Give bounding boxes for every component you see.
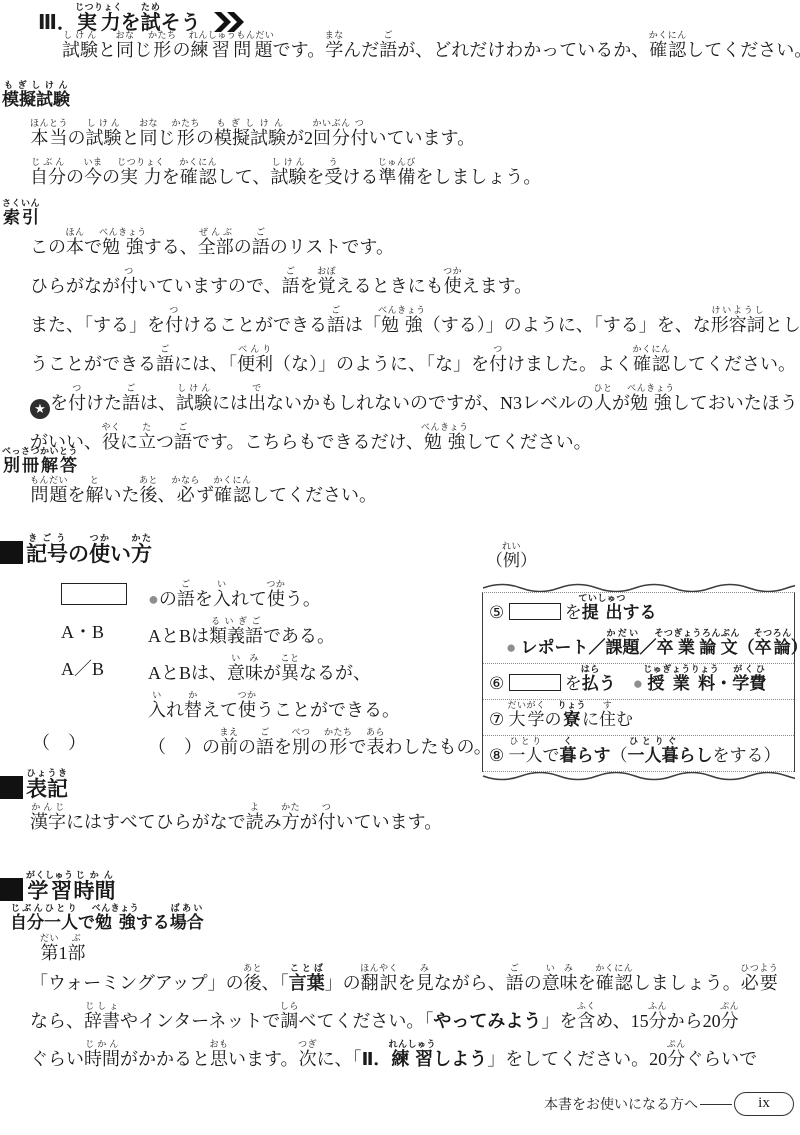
symbol-legend: ●の語ごを入いれて使つかう。 A・B AとBは類義語るいぎごである。 A／B A…	[30, 579, 492, 764]
page-number-badge: ix	[734, 1092, 794, 1116]
example-rows: ⑤ を提出ていしゅつする ● レポート／課題かだい／卒業論文そつぎょうろんぶん（…	[482, 592, 795, 772]
double-chevron-icon	[214, 12, 245, 32]
legend-row: ●の語ごを入いれて使つかう。	[30, 579, 492, 616]
example-line: ● レポート／課題かだい／卒業論文そつぎょうろんぶん（卒論そつろん）	[489, 628, 788, 663]
section-marker-icon	[0, 541, 23, 564]
legend-row: A・B AとBは類義語るいぎごである。	[30, 616, 492, 653]
section-heading-gakushuu-text: 学習がくしゅう時間じかん	[26, 880, 116, 903]
legend-symbol: A／B	[30, 653, 148, 727]
footer: 本書をお使いになる方へ ix	[544, 1092, 794, 1116]
section-heading-kigou-text: 記号きごうの使つかい方かた	[26, 543, 152, 566]
text-line: がいい、役やくに立たつ語ごです。こちらもできるだけ、勉強べんきょうしてください。	[30, 422, 800, 461]
blank-word-box	[509, 603, 561, 620]
text-line: ★を付つけた語ごは、試験しけんには出でないかもしれないのですが、N3レベルの人ひ…	[30, 383, 800, 422]
example-box: ⑤ を提出ていしゅつする ● レポート／課題かだい／卒業論文そつぎょうろんぶん（…	[482, 580, 795, 784]
example-line: ⑥ を払はらう ● 授業料じゅぎょうりょう・学費がくひ	[489, 664, 788, 699]
legend-symbol: （ ）	[30, 727, 148, 764]
text-line: 問題もんだいを解といた後あと、必かならず確認かくにんしてください。	[30, 475, 377, 514]
example-row: ⑥ を払はらう ● 授業料じゅぎょうりょう・学費がくひ	[483, 664, 794, 700]
page: Ⅲ．実力じつりょくを試ためそう 試験しけんと同おなじ形かたちの練習問題れんしゅう…	[0, 0, 800, 1135]
blank-word-box	[509, 674, 561, 691]
text-line: ひらがなが付ついていますので、語ごを覚おぼえるときにも使つかえます。	[30, 266, 800, 305]
section-gakushuu-body: 「ウォーミングアップ」の後あと、「言葉ことば」の翻訳ほんやくを見みながら、語ごの…	[30, 963, 778, 1077]
footer-label: 本書をお使いになる方へ	[544, 1094, 698, 1114]
blank-word-box	[61, 583, 127, 605]
footer-connector-line	[700, 1104, 732, 1105]
legend-desc: ●の語ごを入いれて使つかう。	[148, 579, 321, 616]
example-row: ⑤ を提出ていしゅつする ● レポート／課題かだい／卒業論文そつぎょうろんぶん（…	[483, 593, 794, 664]
section-heading-kigou: 記号きごうの使つかい方かた	[0, 533, 152, 575]
legend-symbol: A・B	[30, 616, 148, 653]
section-mogishiken-body: 本当ほんとうの試験しけんと同おなじ形かたちの模擬試験もぎしけんが2回分かいぶん付…	[30, 118, 541, 196]
text-line: なら、辞書じしょやインターネットで調しらべてください。「やってみよう」を含ふくめ…	[30, 1001, 778, 1039]
example-line: ⑧ 一人ひとりで暮くらす（一人暮ひとりぐらしをする）	[489, 736, 788, 771]
text-line: 漢字かんじにはすべてひらがなで読よみ方かたが付ついています。	[30, 802, 442, 841]
legend-desc: （ ）の前まえの語ごを別べつの形かたちで表あらわしたもの。	[148, 727, 492, 764]
star-circle-icon: ★	[30, 399, 50, 419]
example-line: ⑤ を提出ていしゅつする	[489, 593, 788, 628]
example-row: ⑧ 一人ひとりで暮くらす（一人暮ひとりぐらしをする）	[483, 736, 794, 772]
legend-desc: 入いれ替かえて使つかうことができる。	[148, 690, 400, 727]
section-heading-mogishiken: 模擬試験もぎしけん	[2, 80, 70, 117]
legend-symbol	[30, 579, 148, 616]
legend-desc: AとBは類義語るいぎごである。	[148, 616, 335, 653]
example-label: （例れい）	[486, 541, 537, 577]
wavy-border-bottom	[482, 772, 795, 784]
intro-text: 試験しけんと同おなじ形かたちの練習問題れんしゅうもんだいです。学まなんだ語ごが、…	[62, 30, 800, 69]
legend-row: A／B AとBは、意味いみが異ことなるが、 入いれ替かえて使つかうことができる。	[30, 653, 492, 727]
text-line: 自分じぶんの今いまの実力じつりょくを確認かくにんして、試験しけんを受うける準備じ…	[30, 157, 541, 196]
section-marker-icon	[0, 878, 23, 901]
example-line: ⑦ 大学だいがくの寮りょうに住すむ	[489, 700, 788, 735]
text-line: 本当ほんとうの試験しけんと同おなじ形かたちの模擬試験もぎしけんが2回分かいぶん付…	[30, 118, 541, 157]
section-heading-hyouki-text: 表記ひょうき	[26, 778, 68, 801]
legend-row: （ ） （ ）の前まえの語ごを別べつの形かたちで表あらわしたもの。	[30, 727, 492, 764]
legend-desc: AとBは、意味いみが異ことなるが、	[148, 653, 400, 690]
section-sakuin-body: この本ほんで勉強べんきょうする、全部ぜんぶの語ごのリストです。 ひらがなが付つい…	[30, 227, 800, 461]
text-line: この本ほんで勉強べんきょうする、全部ぜんぶの語ごのリストです。	[30, 227, 800, 266]
text-line: 「ウォーミングアップ」の後あと、「言葉ことば」の翻訳ほんやくを見みながら、語ごの…	[30, 963, 778, 1001]
text-line: うことができる語ごには、「便利べんり（な）」のように、「な」を付つけました。よく…	[30, 344, 800, 383]
example-row: ⑦ 大学だいがくの寮りょうに住すむ	[483, 700, 794, 736]
text-line: また、「する」を付つけることができる語ごは「勉強べんきょう（する）」のように、「…	[30, 305, 800, 344]
wavy-border-top	[482, 580, 795, 592]
section-marker-icon	[0, 776, 23, 799]
text-line: ぐらい時間じかんがかかると思おもいます。次つぎに、「Ⅱ．練習れんしゅうしよう」を…	[30, 1039, 778, 1077]
